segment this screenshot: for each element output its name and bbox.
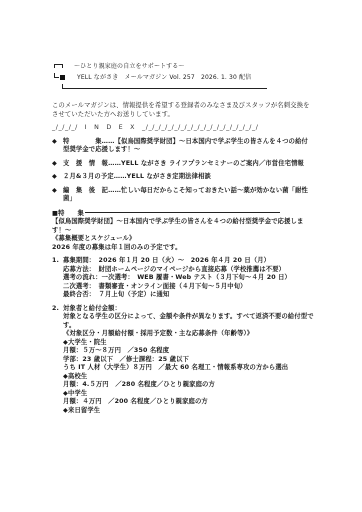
toc-item-text: ２月&３月の予定……YELL ながさき定期法律相談: [63, 173, 211, 180]
detail-line: 学部：23 歳以下 ／修士課程：25 歳以下: [63, 356, 314, 365]
toc-item-text: 特 集……【似鳥国際奨学財団】〜日本国内で学ぶ学生の皆さんを４つの給付型奨学金で…: [63, 138, 308, 154]
feature-section-heading: ■特 集: [52, 210, 314, 219]
diamond-bullet-icon: ◆: [52, 187, 57, 196]
toc-item[interactable]: ◆ 支 援 情 報……YELL ながさき ライフプランセミナーのご案内／市営住宅…: [52, 160, 314, 169]
detail-line: 選考の流れ：一次選考： WEB 履書・Web テスト（３月下旬〜４月 20 日）: [63, 274, 314, 283]
feature-list: 1. 募集期間： 2026 年１月 20 日（火）〜 2026 年４月 20 日…: [52, 257, 314, 415]
feature-subheading: 《募集概要とスケジュール》: [52, 235, 314, 244]
category-university: ◆大学生・院生: [63, 339, 314, 348]
toc-item[interactable]: ◆ 編 集 後 記……忙しい毎日だからこそ知っておきたい話〜薬が効かない菌「耐性…: [52, 187, 314, 204]
toc-item[interactable]: ◆ ２月&３月の予定……YELL ながさき定期法律相談: [52, 173, 314, 182]
category-junior-high: ◆中学生: [63, 390, 314, 399]
header-tagline: 〜ひとり親家庭の自立をサポートする〜: [74, 63, 185, 72]
bracket-decoration: [54, 73, 59, 78]
toc-item-text: 支 援 情 報……YELL ながさき ライフプランセミナーのご案内／市営住宅情報: [63, 160, 304, 167]
detail-line: 募集期間： 2026 年１月 20 日（火）〜 2026 年４月 20 日（月）: [63, 257, 314, 266]
detail-line: 最終合否： ７月上旬（予定）に通知: [63, 291, 314, 300]
detail-line: 《対象区分・月額給付額・採用予定数・主な応募条件（年齢等）》: [63, 330, 314, 339]
diamond-bullet-icon: ◆: [52, 160, 57, 169]
diamond-bullet-icon: ◆: [52, 138, 57, 147]
section-rule: [85, 212, 280, 213]
bracket-decoration: [54, 64, 63, 68]
intro-text: このメールマガジンは、情報提供を希望する登録者のみなさま及びスタッフが名刺交換を…: [52, 102, 314, 119]
feature-headline: 【似鳥国際奨学財団】〜日本国内で学ぶ学生の皆さんを４つの給付型奨学金で応援します…: [52, 218, 314, 235]
detail-line: うち IT 人材（大学生）８万円 ／最大 60 名理工・情報系専攻の方から選出: [63, 364, 314, 373]
detail-line: 応募方法： 財団ホームページのマイページから直接応募（学校推薦は不要）: [63, 266, 314, 275]
newsletter-header: 〜ひとり親家庭の自立をサポートする〜 YELL ながさき メールマガジン Vol…: [52, 60, 314, 90]
index-divider: _/_/_/_/ I N D E X _/_/_/_/_/_/_/_/_/_/_…: [52, 124, 314, 133]
list-number: 2.: [52, 305, 59, 314]
section-label: ■特 集: [52, 210, 84, 217]
toc-item[interactable]: ◆ 特 集……【似鳥国際奨学財団】〜日本国内で学ぶ学生の皆さんを４つの給付型奨学…: [52, 138, 314, 155]
square-bullet-icon: [60, 75, 65, 80]
list-item-eligibility: 2. 対象者と給付金額： 対象となる学生の区分によって、金額や条件が異なります。…: [52, 305, 314, 416]
header-title: YELL ながさき メールマガジン Vol. 257 2026. 1. 30 配…: [77, 74, 251, 83]
detail-line: 二次選考： 書類審査・オンライン面接（４月下旬〜５月中旬）: [63, 283, 314, 292]
list-item-period: 1. 募集期間： 2026 年１月 20 日（火）〜 2026 年４月 20 日…: [52, 257, 314, 300]
category-high-school: ◆高校生: [63, 373, 314, 382]
feature-lead: 2026 年度の募集は年１回のみの予定です。: [52, 244, 314, 253]
detail-line: 月額：４万円 ／200 名程度／ひとり親家庭の方: [63, 398, 314, 407]
toc-item-text: 編 集 後 記……忙しい毎日だからこそ知っておきたい話〜薬が効かない菌「耐性菌」: [63, 187, 308, 203]
detail-line: 月額：５万〜８万円 ／350 名程度: [63, 347, 314, 356]
table-of-contents: ◆ 特 集……【似鳥国際奨学財団】〜日本国内で学ぶ学生の皆さんを４つの給付型奨学…: [52, 138, 314, 204]
category-international-student: ◆来日留学生: [63, 407, 314, 416]
detail-line: 対象となる学生の区分によって、金額や条件が異なります。すべて返済不要の給付型です…: [63, 313, 314, 330]
list-number: 1.: [52, 257, 59, 266]
header-underline: [62, 84, 267, 89]
detail-line: 月額：4.５万円 ／280 名程度／ひとり親家庭の方: [63, 381, 314, 390]
diamond-bullet-icon: ◆: [52, 173, 57, 182]
newsletter-page: 〜ひとり親家庭の自立をサポートする〜 YELL ながさき メールマガジン Vol…: [52, 60, 314, 420]
detail-line: 対象者と給付金額：: [63, 305, 314, 314]
